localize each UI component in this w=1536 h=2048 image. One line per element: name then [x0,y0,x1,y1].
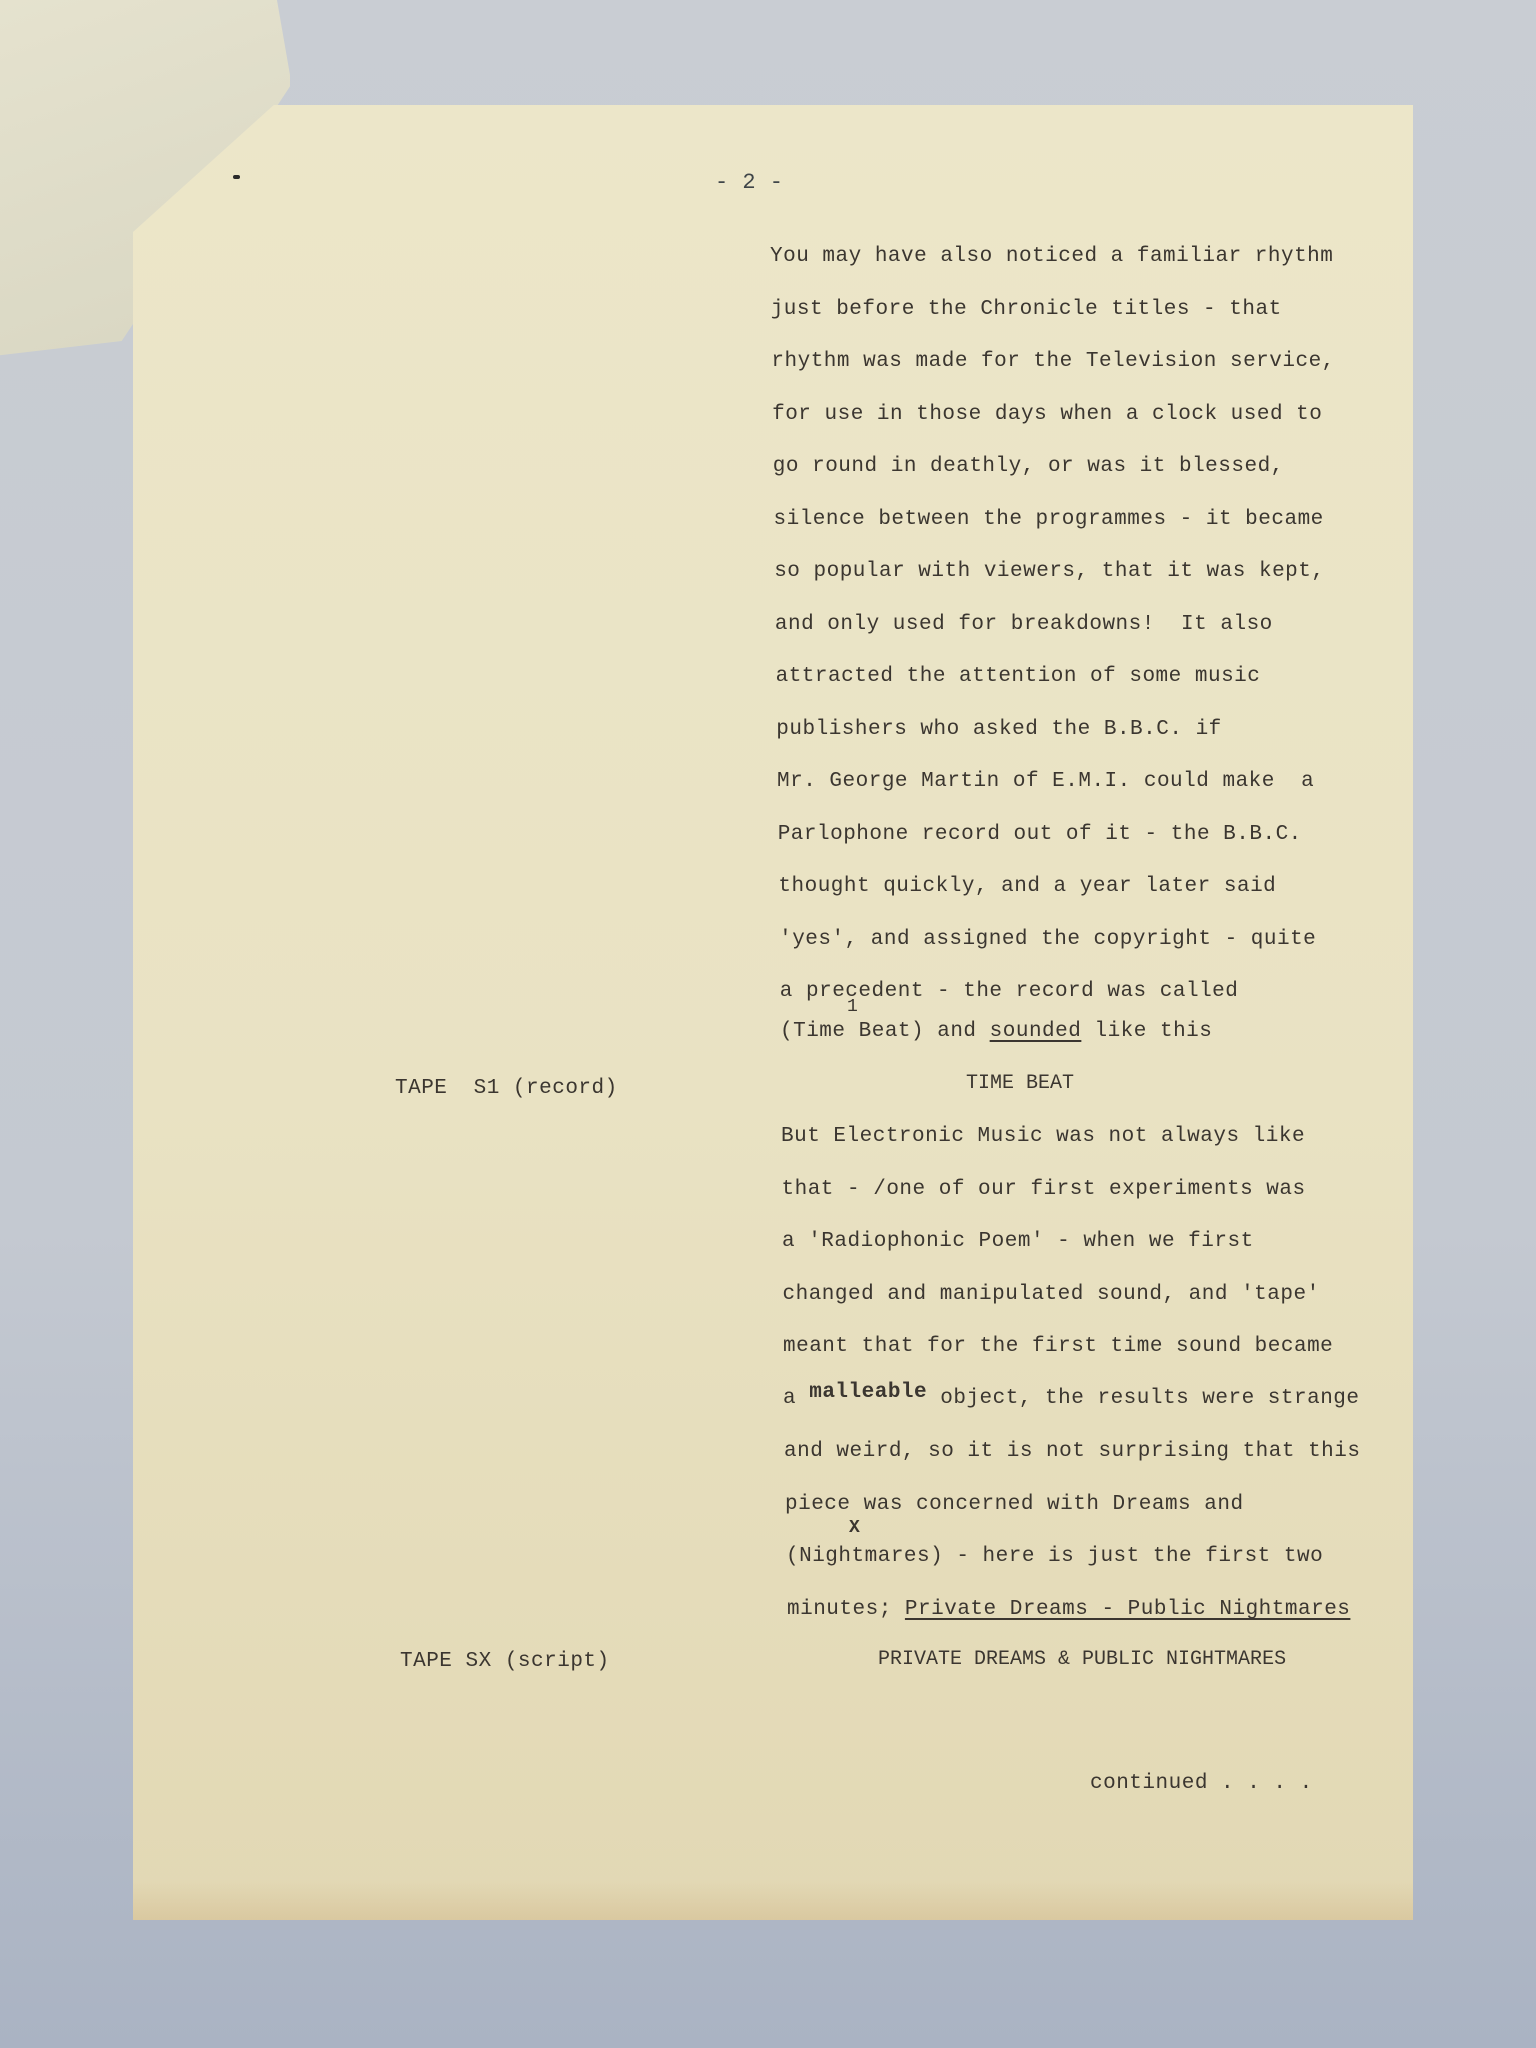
weird-line: and weird, so it is not surprising that … [784,1440,1361,1463]
body-line: attracted the attention of some music [776,665,1261,688]
annotation-1: 1 [847,997,858,1017]
continued-note: continued . . . . [1090,1772,1313,1795]
minutes-line: minutes; Private Dreams - Public Nightma… [787,1598,1350,1621]
cue-title-private-dreams: PRIVATE DREAMS & PUBLIC NIGHTMARES [878,1648,1286,1671]
body-line: a 'Radiophonic Poem' - when we first [782,1230,1254,1253]
cue-tape-sx: TAPE SX (script) [400,1650,610,1673]
body-line: Parlophone record out of it - the B.B.C. [778,823,1302,846]
nightmares-line: (Nightmares) - here is just the first tw… [786,1545,1323,1568]
annotation-x: X [849,1518,860,1538]
inserted-word-malleable: malleable [809,1381,927,1404]
body-line: so popular with viewers, that it was kep… [774,560,1324,583]
body-line: changed and manipulated sound, and 'tape… [783,1283,1320,1306]
cue-title-time-beat: TIME BEAT [966,1072,1074,1095]
minutes-pre: minutes; [787,1598,905,1621]
time-beat-line: (Time Beat) and sounded like this [780,1020,1212,1043]
body-line: 'yes', and assigned the copyright - quit… [779,928,1316,951]
body-line: You may have also noticed a familiar rhy… [770,245,1333,268]
time-beat-text-end: like this [1081,1020,1212,1043]
malleable-line: a malleable object, the results were str… [783,1387,1360,1410]
underlined-sounded: sounded [990,1020,1082,1043]
cue-tape-s1: TAPE S1 (record) [395,1077,618,1100]
underlined-title: Private Dreams - Public Nightmares [905,1598,1350,1621]
body-line: silence between the programmes - it beca… [774,508,1324,531]
dreams-line: piece was concerned with Dreams and [785,1493,1244,1516]
staple-mark [233,175,240,179]
body-line: publishers who asked the B.B.C. if [776,718,1221,741]
malleable-pre: a [783,1387,809,1410]
body-line: meant that for the first time sound beca… [783,1335,1333,1358]
body-line: But Electronic Music was not always like [781,1125,1305,1148]
malleable-post: object, the results were strange [927,1387,1359,1410]
body-line: just before the Chronicle titles - that [771,298,1282,321]
body-line: that - /one of our first experiments was [782,1178,1306,1201]
body-line: rhythm was made for the Television servi… [771,350,1334,373]
body-line: Mr. George Martin of E.M.I. could make a [777,770,1314,793]
body-line: for use in those days when a clock used … [772,403,1322,426]
time-beat-text: (Time Beat) and [780,1020,990,1043]
body-line: go round in deathly, or was it blessed, [773,455,1284,478]
body-line: and only used for breakdowns! It also [775,613,1273,636]
body-line: thought quickly, and a year later said [778,875,1276,898]
page-number: - 2 - [715,170,784,195]
